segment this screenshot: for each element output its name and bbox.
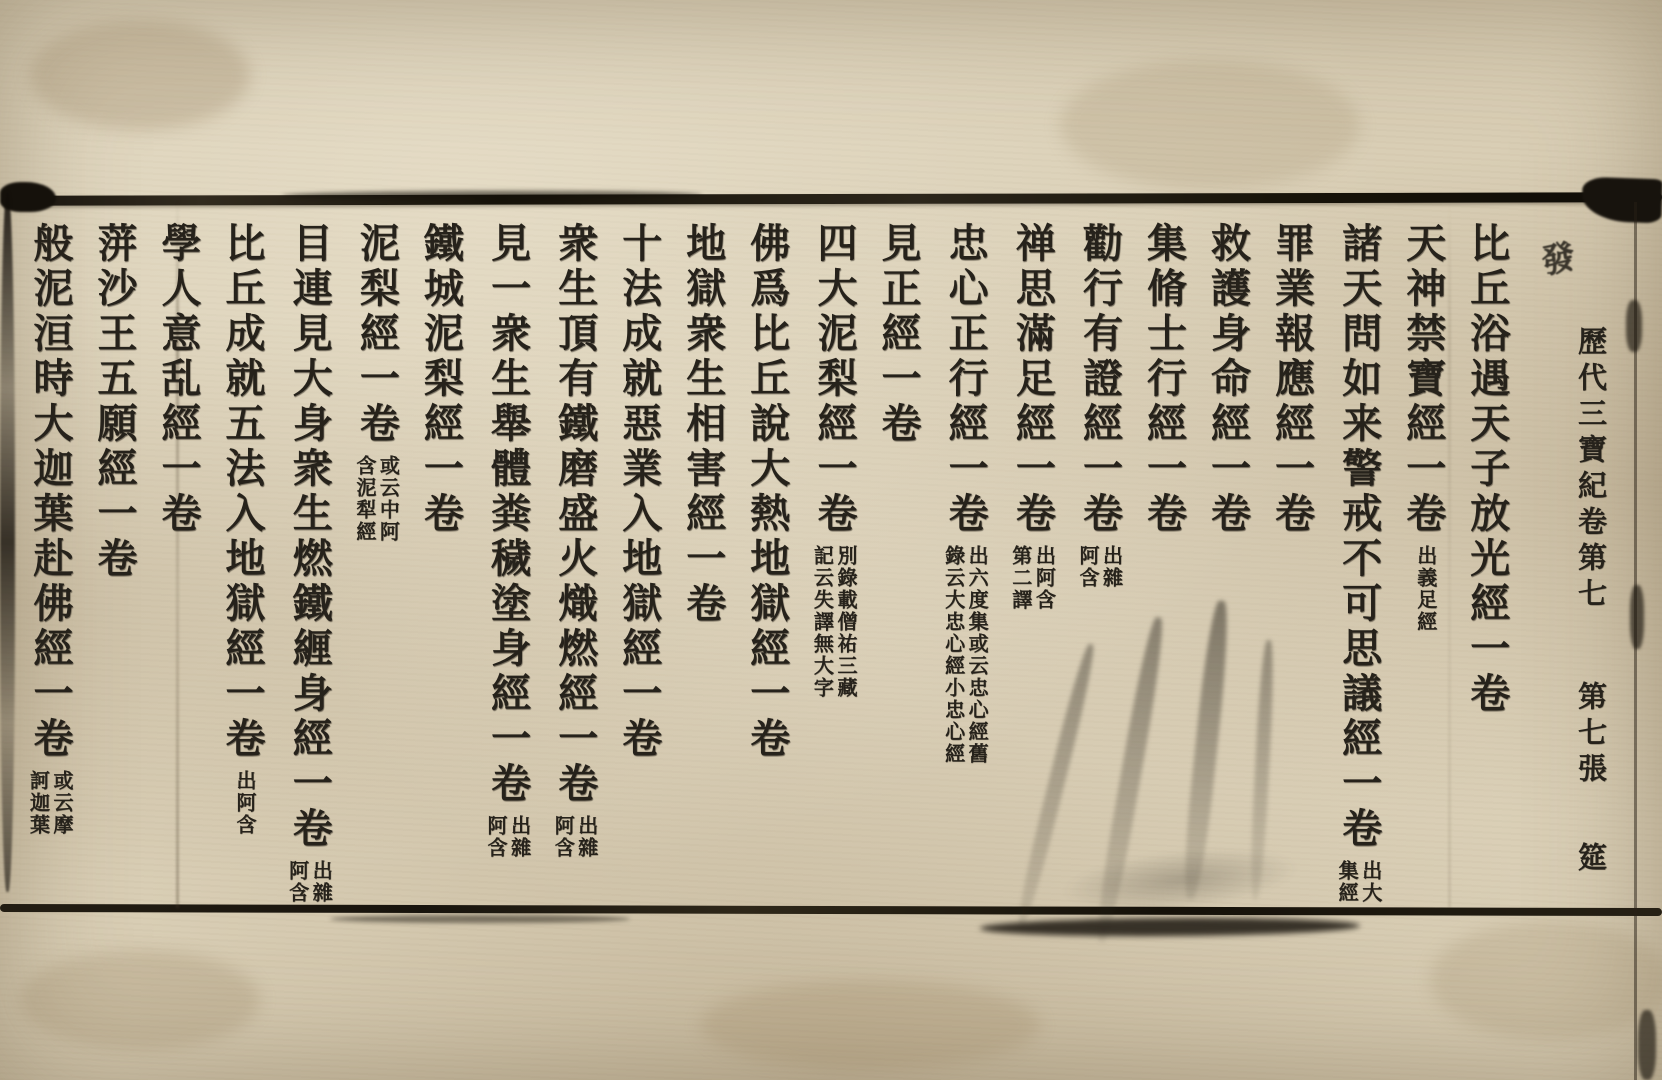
catalog-entry: 蓱沙王五願經一卷 bbox=[92, 222, 136, 910]
catalog-entry: 泥梨經一卷或云中阿含泥犁經 bbox=[351, 222, 398, 910]
catalog-entry: 衆生頂有鐵磨盛火熾燃經一卷出雜阿含 bbox=[550, 222, 597, 910]
source-annotation: 出大集經 bbox=[1334, 860, 1381, 904]
catalog-entry: 禅思滿足經一卷出阿含第二譯 bbox=[1007, 222, 1054, 910]
sutra-title: 見正經一卷 bbox=[876, 222, 921, 447]
annotation-line: 錄云大忠心經小忠心經 bbox=[940, 545, 964, 765]
paper-stain bbox=[30, 20, 250, 130]
annotation-line: 訶迦葉 bbox=[25, 770, 49, 836]
catalog-entry: 目連見大身衆生燃鐵緾身經一卷出雜阿含 bbox=[284, 222, 331, 910]
source-annotation: 出六度集或云忠心經舊錄云大忠心經小忠心經 bbox=[940, 545, 987, 765]
sutra-title: 集脩士行經一卷 bbox=[1142, 222, 1187, 537]
source-annotation: 出阿含第二譯 bbox=[1007, 545, 1054, 611]
annotation-line: 集經 bbox=[1334, 860, 1358, 904]
catalog-entry: 地獄衆生相害經一卷 bbox=[681, 222, 725, 910]
sheet-number: 第七張 bbox=[1573, 681, 1606, 789]
annotation-line: 或云摩 bbox=[48, 770, 72, 836]
case-mark: 筵 bbox=[1573, 842, 1606, 878]
source-annotation: 出義足經 bbox=[1412, 545, 1436, 633]
catalog-entry: 學人意乱經一卷 bbox=[156, 222, 200, 910]
left-edge-ink bbox=[0, 192, 15, 892]
sutra-title: 諸天問如来警戒不可思議經一卷 bbox=[1337, 222, 1382, 852]
annotation-line: 阿含 bbox=[284, 860, 308, 904]
annotation-line: 出雜 bbox=[308, 860, 332, 904]
catalog-entry: 四大泥梨經一卷別錄載僧祐三藏記云失譯無大字 bbox=[809, 222, 856, 910]
source-annotation: 出雜阿含 bbox=[284, 860, 331, 904]
sutra-title: 比丘成就五法入地獄經一卷 bbox=[220, 222, 265, 762]
annotation-line: 出阿含 bbox=[1031, 545, 1055, 611]
right-edge-blot bbox=[1630, 585, 1644, 649]
source-annotation: 或云中阿含泥犁經 bbox=[351, 455, 398, 543]
right-edge-blot bbox=[1638, 1010, 1656, 1080]
sutra-title: 鐵城泥梨經一卷 bbox=[418, 222, 463, 537]
annotation-line: 出雜 bbox=[573, 815, 597, 859]
catalog-entry: 諸天問如来警戒不可思議經一卷出大集經 bbox=[1334, 222, 1381, 910]
annotation-line: 第二譯 bbox=[1007, 545, 1031, 611]
sutra-title: 四大泥梨經一卷 bbox=[812, 222, 857, 537]
catalog-entry: 佛爲比丘說大熱地獄經一卷 bbox=[745, 222, 789, 910]
catalog-entry: 罪業報應經一卷 bbox=[1270, 222, 1314, 910]
sutra-title: 般泥洹時大迦葉赴佛經一卷 bbox=[28, 222, 73, 762]
right-edge-blot bbox=[1626, 300, 1642, 352]
catalog-entry: 鐵城泥梨經一卷 bbox=[418, 222, 462, 910]
paper-stain bbox=[20, 950, 260, 1050]
annotation-line: 出六度集或云忠心經舊 bbox=[964, 545, 988, 765]
annotation-line: 出阿含 bbox=[231, 770, 255, 836]
ink-smear bbox=[330, 915, 630, 923]
sutra-title: 衆生頂有鐵磨盛火熾燃經一卷 bbox=[553, 222, 598, 807]
catalog-entry: 忠心正行經一卷出六度集或云忠心經舊錄云大忠心經小忠心經 bbox=[940, 222, 987, 910]
catalog-entry: 勸行有證經一卷出雜阿含 bbox=[1074, 222, 1121, 910]
sutra-title: 學人意乱經一卷 bbox=[156, 222, 201, 537]
catalog-entry: 天神禁寶經一卷出義足經 bbox=[1401, 222, 1445, 910]
catalog-entry: 比丘浴遇天子放光經一卷 bbox=[1465, 222, 1509, 910]
catalog-entry: 十法成就惡業入地獄經一卷 bbox=[617, 222, 661, 910]
annotation-line: 記云失譯無大字 bbox=[809, 545, 833, 699]
colophon-column: 歷代三寶紀卷第七 第七張 筵 發 bbox=[1535, 222, 1606, 910]
sutra-title: 蓱沙王五願經一卷 bbox=[92, 222, 137, 582]
annotation-line: 阿含 bbox=[550, 815, 574, 859]
sutra-title: 天神禁寶經一卷 bbox=[1401, 222, 1446, 537]
sutra-title: 佛爲比丘說大熱地獄經一卷 bbox=[745, 222, 790, 762]
source-annotation: 出雜阿含 bbox=[550, 815, 597, 859]
catalog-entry: 見一衆生舉體粪穢塗身經一卷出雜阿含 bbox=[482, 222, 529, 910]
paper-stain bbox=[1430, 920, 1662, 1040]
annotation-line: 阿含 bbox=[482, 815, 506, 859]
annotation-line: 出大 bbox=[1357, 860, 1381, 904]
annotation-line: 出義足經 bbox=[1412, 545, 1436, 633]
sutra-title: 十法成就惡業入地獄經一卷 bbox=[617, 222, 662, 762]
sutra-title: 忠心正行經一卷 bbox=[943, 222, 988, 537]
source-annotation: 別錄載僧祐三藏記云失譯無大字 bbox=[809, 545, 856, 699]
sutra-title: 泥梨經一卷 bbox=[354, 222, 399, 447]
catalog-entry: 救護身命經一卷 bbox=[1206, 222, 1250, 910]
annotation-line: 含泥犁經 bbox=[351, 455, 375, 543]
annotation-line: 別錄載僧祐三藏 bbox=[832, 545, 856, 699]
source-annotation: 出雜阿含 bbox=[1074, 545, 1121, 589]
sutra-title: 勸行有證經一卷 bbox=[1078, 222, 1123, 537]
scanned-page: { "page": { "colors": { "paper": "#d9ceb… bbox=[0, 0, 1662, 1080]
source-annotation: 出雜阿含 bbox=[482, 815, 529, 859]
sutra-title: 比丘浴遇天子放光經一卷 bbox=[1465, 222, 1510, 717]
catalog-entry: 集脩士行經一卷 bbox=[1142, 222, 1186, 910]
paper-stain bbox=[700, 980, 1040, 1070]
annotation-line: 阿含 bbox=[1074, 545, 1098, 589]
sutra-title: 救護身命經一卷 bbox=[1206, 222, 1251, 537]
source-annotation: 出阿含 bbox=[231, 770, 255, 836]
annotation-line: 或云中阿 bbox=[375, 455, 399, 543]
catalog-entry: 比丘成就五法入地獄經一卷出阿含 bbox=[220, 222, 264, 910]
sutra-title: 地獄衆生相害經一卷 bbox=[681, 222, 726, 627]
catalog-entry: 般泥洹時大迦葉赴佛經一卷或云摩訶迦葉 bbox=[25, 222, 72, 910]
catalog-entry: 見正經一卷 bbox=[876, 222, 920, 910]
annotation-line: 出雜 bbox=[1098, 545, 1122, 589]
series-title: 歷代三寶紀卷第七 bbox=[1573, 326, 1606, 614]
sutra-title: 禅思滿足經一卷 bbox=[1010, 222, 1055, 537]
annotation-line: 出雜 bbox=[506, 815, 530, 859]
collation-mark: 發 bbox=[1532, 238, 1575, 286]
sutra-title: 目連見大身衆生燃鐵緾身經一卷 bbox=[287, 222, 332, 852]
sutra-title: 罪業報應經一卷 bbox=[1270, 222, 1315, 537]
sutra-title: 見一衆生舉體粪穢塗身經一卷 bbox=[486, 222, 531, 807]
scripture-catalog: 歷代三寶紀卷第七 第七張 筵 發 比丘浴遇天子放光經一卷天神禁寶經一卷出義足經諸… bbox=[56, 222, 1606, 910]
paper-stain bbox=[1060, 60, 1360, 190]
source-annotation: 或云摩訶迦葉 bbox=[25, 770, 72, 836]
